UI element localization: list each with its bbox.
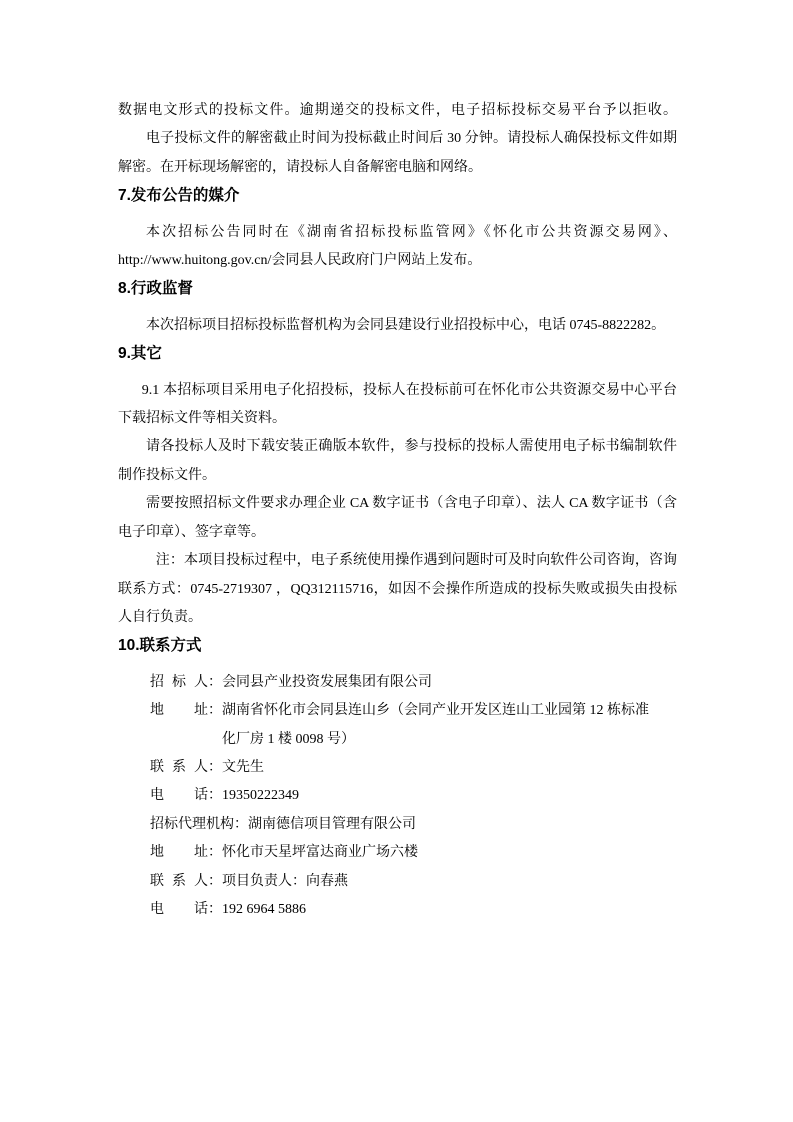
section-heading: 8.行政监督 <box>118 275 677 303</box>
contact-label-colon: ： <box>208 839 222 867</box>
contact-value: 怀化市天星坪富达商业广场六楼 <box>222 839 418 867</box>
contact-label: 招标人 <box>150 669 208 697</box>
paragraph: 电子投标文件的解密截止时间为投标截止时间后 30 分钟。请投标人确保投标文件如期… <box>118 125 677 182</box>
contact-row: 地址：湖南省怀化市会同县连山乡（会同产业开发区连山工业园第 12 栋标准化厂房 … <box>150 697 677 754</box>
contact-row: 联系人：文先生 <box>150 754 677 782</box>
contact-value: 文先生 <box>222 754 264 782</box>
paragraph: 本次招标项目招标投标监督机构为会同县建设行业招投标中心，电话 0745-8822… <box>118 312 677 340</box>
document-page: 数据电文形式的投标文件。逾期递交的投标文件，电子招标投标交易平台予以拒收。电子投… <box>0 0 793 1122</box>
contact-row: 联系人：项目负责人：向春燕 <box>150 868 677 896</box>
paragraph: 数据电文形式的投标文件。逾期递交的投标文件，电子招标投标交易平台予以拒收。 <box>118 97 677 125</box>
contact-value: 项目负责人：向春燕 <box>222 868 348 896</box>
contact-label-colon: ： <box>208 697 222 725</box>
section-heading: 10.联系方式 <box>118 632 677 660</box>
paragraph: 注：本项目投标过程中，电子系统使用操作遇到问题时可及时向软件公司咨询，咨询联系方… <box>118 547 677 632</box>
contact-label-colon: ： <box>208 868 222 896</box>
contact-row: 电话：192 6964 5886 <box>150 896 677 924</box>
paragraph: 9.1 本招标项目采用电子化招投标，投标人在投标前可在怀化市公共资源交易中心平台… <box>118 377 677 434</box>
section-heading: 7.发布公告的媒介 <box>118 182 677 210</box>
contact-row: 招标人：会同县产业投资发展集团有限公司 <box>150 669 677 697</box>
contact-label: 地址 <box>150 697 208 725</box>
contact-label-colon: ： <box>208 669 222 697</box>
contact-label: 招标代理机构 <box>150 811 234 839</box>
contact-label: 地址 <box>150 839 208 867</box>
contact-row: 电话：19350222349 <box>150 782 677 810</box>
contact-label: 电话 <box>150 896 208 924</box>
contact-label: 联系人 <box>150 868 208 896</box>
contact-label-colon: ： <box>234 811 248 839</box>
contact-value: 会同县产业投资发展集团有限公司 <box>222 669 432 697</box>
contact-value: 湖南德信项目管理有限公司 <box>248 811 416 839</box>
contact-row: 地址：怀化市天星坪富达商业广场六楼 <box>150 839 677 867</box>
paragraph: 需要按照招标文件要求办理企业 CA 数字证书（含电子印章）、法人 CA 数字证书… <box>118 490 677 547</box>
paragraph: 请各投标人及时下载安装正确版本软件，参与投标的投标人需使用电子标书编制软件制作投… <box>118 433 677 490</box>
section-heading: 9.其它 <box>118 340 677 368</box>
contact-label: 电话 <box>150 782 208 810</box>
contact-value: 192 6964 5886 <box>222 896 306 924</box>
contact-value: 湖南省怀化市会同县连山乡（会同产业开发区连山工业园第 12 栋标准化厂房 1 楼… <box>222 697 662 754</box>
paragraph: 本次招标公告同时在《湖南省招标投标监管网》《怀化市公共资源交易网》、http:/… <box>118 219 677 276</box>
contact-value: 19350222349 <box>222 782 299 810</box>
contact-label: 联系人 <box>150 754 208 782</box>
contact-label-colon: ： <box>208 754 222 782</box>
contact-row: 招标代理机构：湖南德信项目管理有限公司 <box>150 811 677 839</box>
contact-label-colon: ： <box>208 782 222 810</box>
contact-label-colon: ： <box>208 896 222 924</box>
